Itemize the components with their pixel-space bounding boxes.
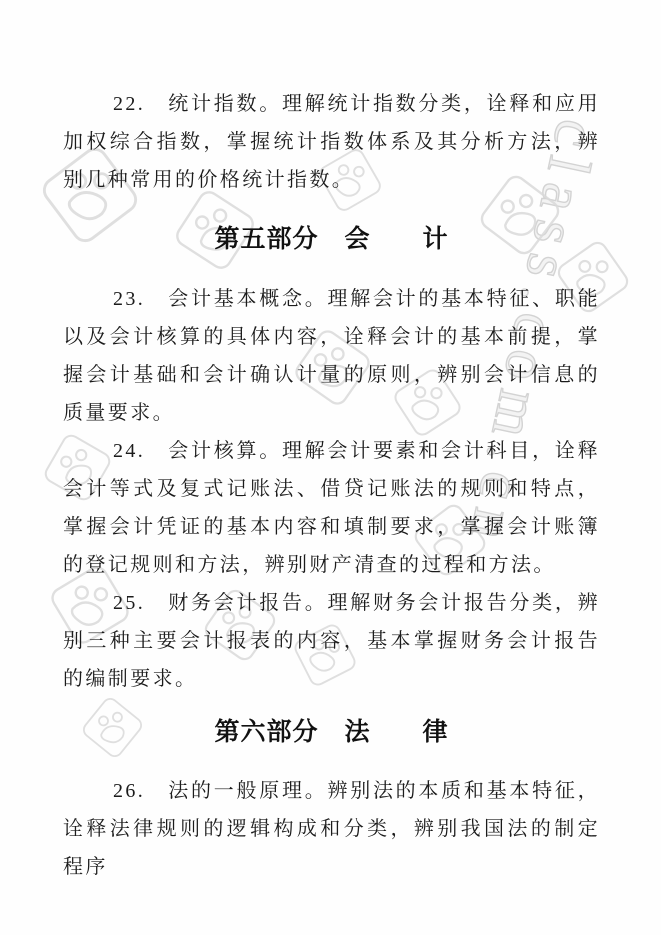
document-page: class.com.cn 22. 统计指数。理解统计指数分类，诠释和应用加权综合… (0, 0, 661, 935)
section-heading-part-6: 第六部分 法 律 (63, 714, 600, 752)
section-heading-part-5: 第五部分 会 计 (63, 221, 600, 259)
document-content: 22. 统计指数。理解统计指数分类，诠释和应用加权综合指数，掌握统计指数体系及其… (63, 85, 600, 886)
syllabus-item-22: 22. 统计指数。理解统计指数分类，诠释和应用加权综合指数，掌握统计指数体系及其… (63, 85, 600, 199)
syllabus-item-23: 23. 会计基本概念。理解会计的基本特征、职能以及会计核算的具体内容，诠释会计的… (63, 280, 600, 432)
syllabus-item-25: 25. 财务会计报告。理解财务会计报告分类，辨别三种主要会计报表的内容，基本掌握… (63, 584, 600, 698)
syllabus-item-26: 26. 法的一般原理。辨别法的本质和基本特征，诠释法律规则的逻辑构成和分类，辨别… (63, 772, 600, 886)
syllabus-item-24: 24. 会计核算。理解会计要素和会计科目，诠释会计等式及复式记账法、借贷记账法的… (63, 432, 600, 584)
